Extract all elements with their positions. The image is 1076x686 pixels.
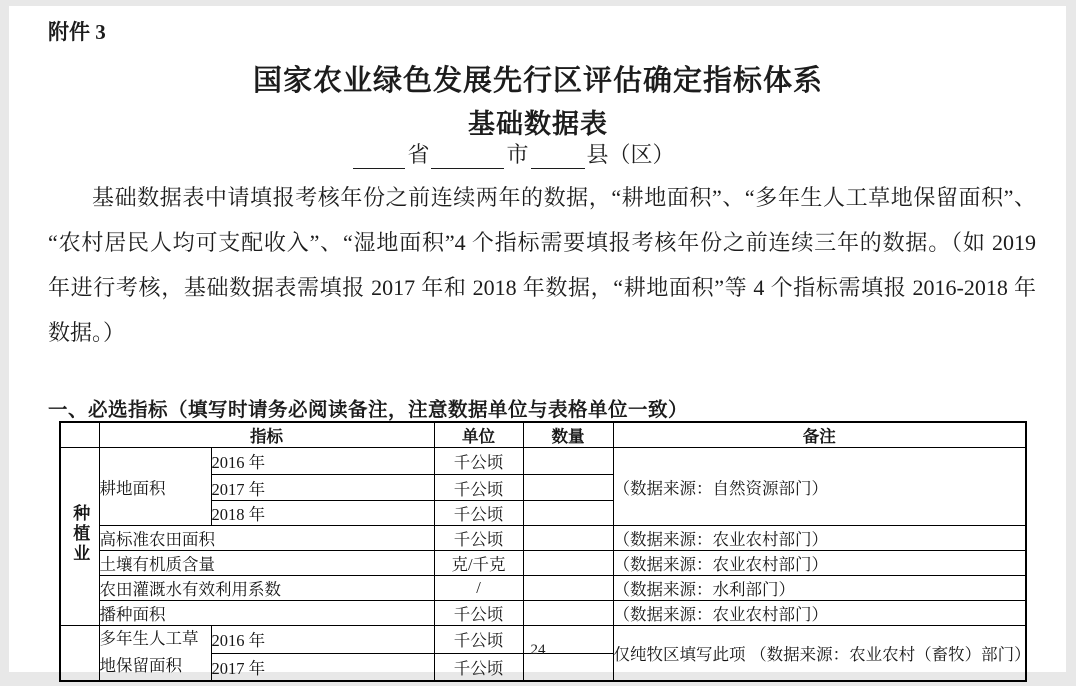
remark-cell: （数据来源：农业农村部门） [613,526,1026,551]
quantity-cell [523,501,613,526]
year-cell: 2016 年 [211,448,434,475]
remark-cell: （数据来源：农业农村部门） [613,551,1026,576]
indicator-cell-high-standard-farmland: 高标准农田面积 [99,526,434,551]
unit-cell: 千公顷 [434,448,523,475]
page-edge-top [0,0,1076,6]
unit-cell: 千公顷 [434,526,523,551]
planting-group-label: 种植业 [67,504,92,564]
remark-cell-cultivated: （数据来源：自然资源部门） [613,448,1026,526]
unit-cell: / [434,576,523,601]
city-blank-line [431,143,504,169]
indicator-cell-irrigation-coefficient: 农田灌溉水有效利用系数 [99,576,434,601]
quantity-cell [523,475,613,501]
location-line: 省 市 县（区） [0,138,1076,169]
county-blank-line [531,143,585,169]
section-heading: 一、必选指标（填写时请务必阅读备注，注意数据单位与表格单位一致） [48,394,688,422]
county-label: 县（区） [587,138,675,169]
unit-cell: 千公顷 [434,601,523,626]
intro-line-1: 基础数据表中请填报考核年份之前连续两年的数据，“耕地面积”、“多年生人工草地保留… [48,175,1036,220]
quantity-cell [523,526,613,551]
remark-cell: （数据来源：水利部门） [613,576,1026,601]
table-row: 高标准农田面积 千公顷 （数据来源：农业农村部门） [60,526,1026,551]
header-indicator: 指标 [99,422,434,448]
remark-cell: （数据来源：农业农村部门） [613,601,1026,626]
attachment-label: 附件 3 [48,16,106,46]
year-cell: 2017 年 [211,475,434,501]
indicator-cell-soil-organic-matter: 土壤有机质含量 [99,551,434,576]
header-remark: 备注 [613,422,1026,448]
table-row: 播种面积 千公顷 （数据来源：农业农村部门） [60,601,1026,626]
header-unit: 单位 [434,422,523,448]
indicator-cell-sown-area: 播种面积 [99,601,434,626]
indicator-cell-cultivated-area: 耕地面积 [99,448,211,526]
header-quantity: 数量 [523,422,613,448]
quantity-cell [523,448,613,475]
unit-cell: 千公顷 [434,501,523,526]
quantity-cell [523,551,613,576]
document-subtitle: 基础数据表 [0,102,1076,141]
table-header-row: 指标 单位 数量 备注 [60,422,1026,448]
table-row: 种植业 耕地面积 2016 年 千公顷 （数据来源：自然资源部门） [60,448,1026,475]
city-label: 市 [506,138,528,169]
table-row: 农田灌溉水有效利用系数 / （数据来源：水利部门） [60,576,1026,601]
unit-cell: 千公顷 [434,475,523,501]
intro-line-3: 年进行考核，基础数据表需填报 2017 年和 2018 年数据，“耕地面积”等 … [48,265,1036,310]
quantity-cell [523,576,613,601]
document-title: 国家农业绿色发展先行区评估确定指标体系 [0,58,1076,99]
intro-line-2: “农村居民人均可支配收入”、“湿地面积”4 个指标需要填报考核年份之前连续三年的… [48,220,1036,265]
province-blank-line [353,143,405,169]
group-cell-planting: 种植业 [60,448,99,626]
province-label: 省 [407,138,429,169]
page-number: 24 [0,642,1076,659]
year-cell: 2018 年 [211,501,434,526]
header-corner-cell [60,422,99,448]
table-row: 土壤有机质含量 克/千克 （数据来源：农业农村部门） [60,551,1026,576]
intro-line-4: 数据。） [48,310,1036,355]
unit-cell: 克/千克 [434,551,523,576]
quantity-cell [523,601,613,626]
intro-paragraph: 基础数据表中请填报考核年份之前连续两年的数据，“耕地面积”、“多年生人工草地保留… [48,175,1036,355]
location-inner: 省 市 县（区） [351,138,674,169]
